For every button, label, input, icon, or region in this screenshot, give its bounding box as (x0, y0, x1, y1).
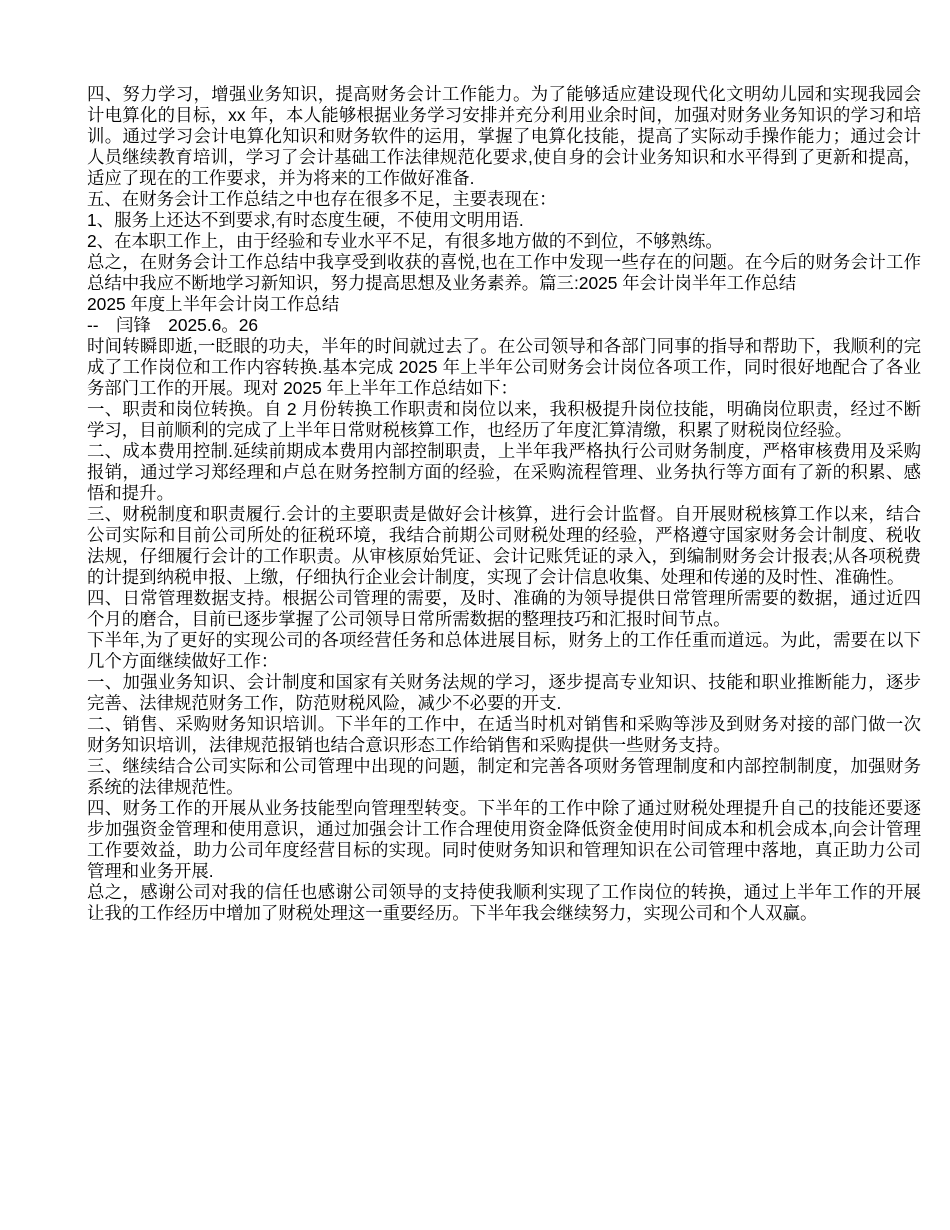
paragraph: 三、继续结合公司实际和公司管理中出现的问题，制定和完善各项财务管理制度和内部控制… (87, 756, 921, 798)
document-page: 四、努力学习，增强业务知识，提高财务会计工作能力。为了能够适应建设现代化文明幼儿… (0, 0, 950, 1230)
paragraph: 总之，在财务会计工作总结中我享受到收获的喜悦,也在工作中发现一些存在的问题。在今… (87, 252, 921, 294)
paragraph: 二、成本费用控制.延续前期成本费用内部控制职责，上半年我严格执行公司财务制度，严… (87, 441, 921, 504)
paragraph: 1、服务上还达不到要求,有时态度生硬，不使用文明用语. (87, 210, 921, 231)
paragraph: 时间转瞬即逝,一眨眼的功夫，半年的时间就过去了。在公司领导和各部门同事的指导和帮… (87, 336, 921, 399)
paragraph: 下半年,为了更好的实现公司的各项经营任务和总体进展目标，财务上的工作任重而道远。… (87, 630, 921, 672)
paragraph: 五、在财务会计工作总结之中也存在很多不足，主要表现在： (87, 189, 921, 210)
paragraph: 三、财税制度和职责履行.会计的主要职责是做好会计核算，进行会计监督。自开展财税核… (87, 504, 921, 588)
paragraph: 一、职责和岗位转换。自 2 月份转换工作职责和岗位以来，我积极提升岗位技能，明确… (87, 399, 921, 441)
paragraph: 四、财务工作的开展从业务技能型向管理型转变。下半年的工作中除了通过财税处理提升自… (87, 798, 921, 882)
paragraph: 总之，感谢公司对我的信任也感谢公司领导的支持使我顺利实现了工作岗位的转换，通过上… (87, 882, 921, 924)
paragraph: 一、加强业务知识、会计制度和国家有关财务法规的学习，逐步提高专业知识、技能和职业… (87, 672, 921, 714)
paragraph: -- 闫锋 2025.6。26 (87, 315, 921, 336)
document-body: 四、努力学习，增强业务知识，提高财务会计工作能力。为了能够适应建设现代化文明幼儿… (87, 84, 921, 924)
paragraph: 四、日常管理数据支持。根据公司管理的需要，及时、准确的为领导提供日常管理所需要的… (87, 588, 921, 630)
paragraph: 2025 年度上半年会计岗工作总结 (87, 294, 921, 315)
paragraph: 2、在本职工作上，由于经验和专业水平不足，有很多地方做的不到位，不够熟练。 (87, 231, 921, 252)
paragraph: 二、销售、采购财务知识培训。下半年的工作中，在适当时机对销售和采购等涉及到财务对… (87, 714, 921, 756)
paragraph: 四、努力学习，增强业务知识，提高财务会计工作能力。为了能够适应建设现代化文明幼儿… (87, 84, 921, 189)
